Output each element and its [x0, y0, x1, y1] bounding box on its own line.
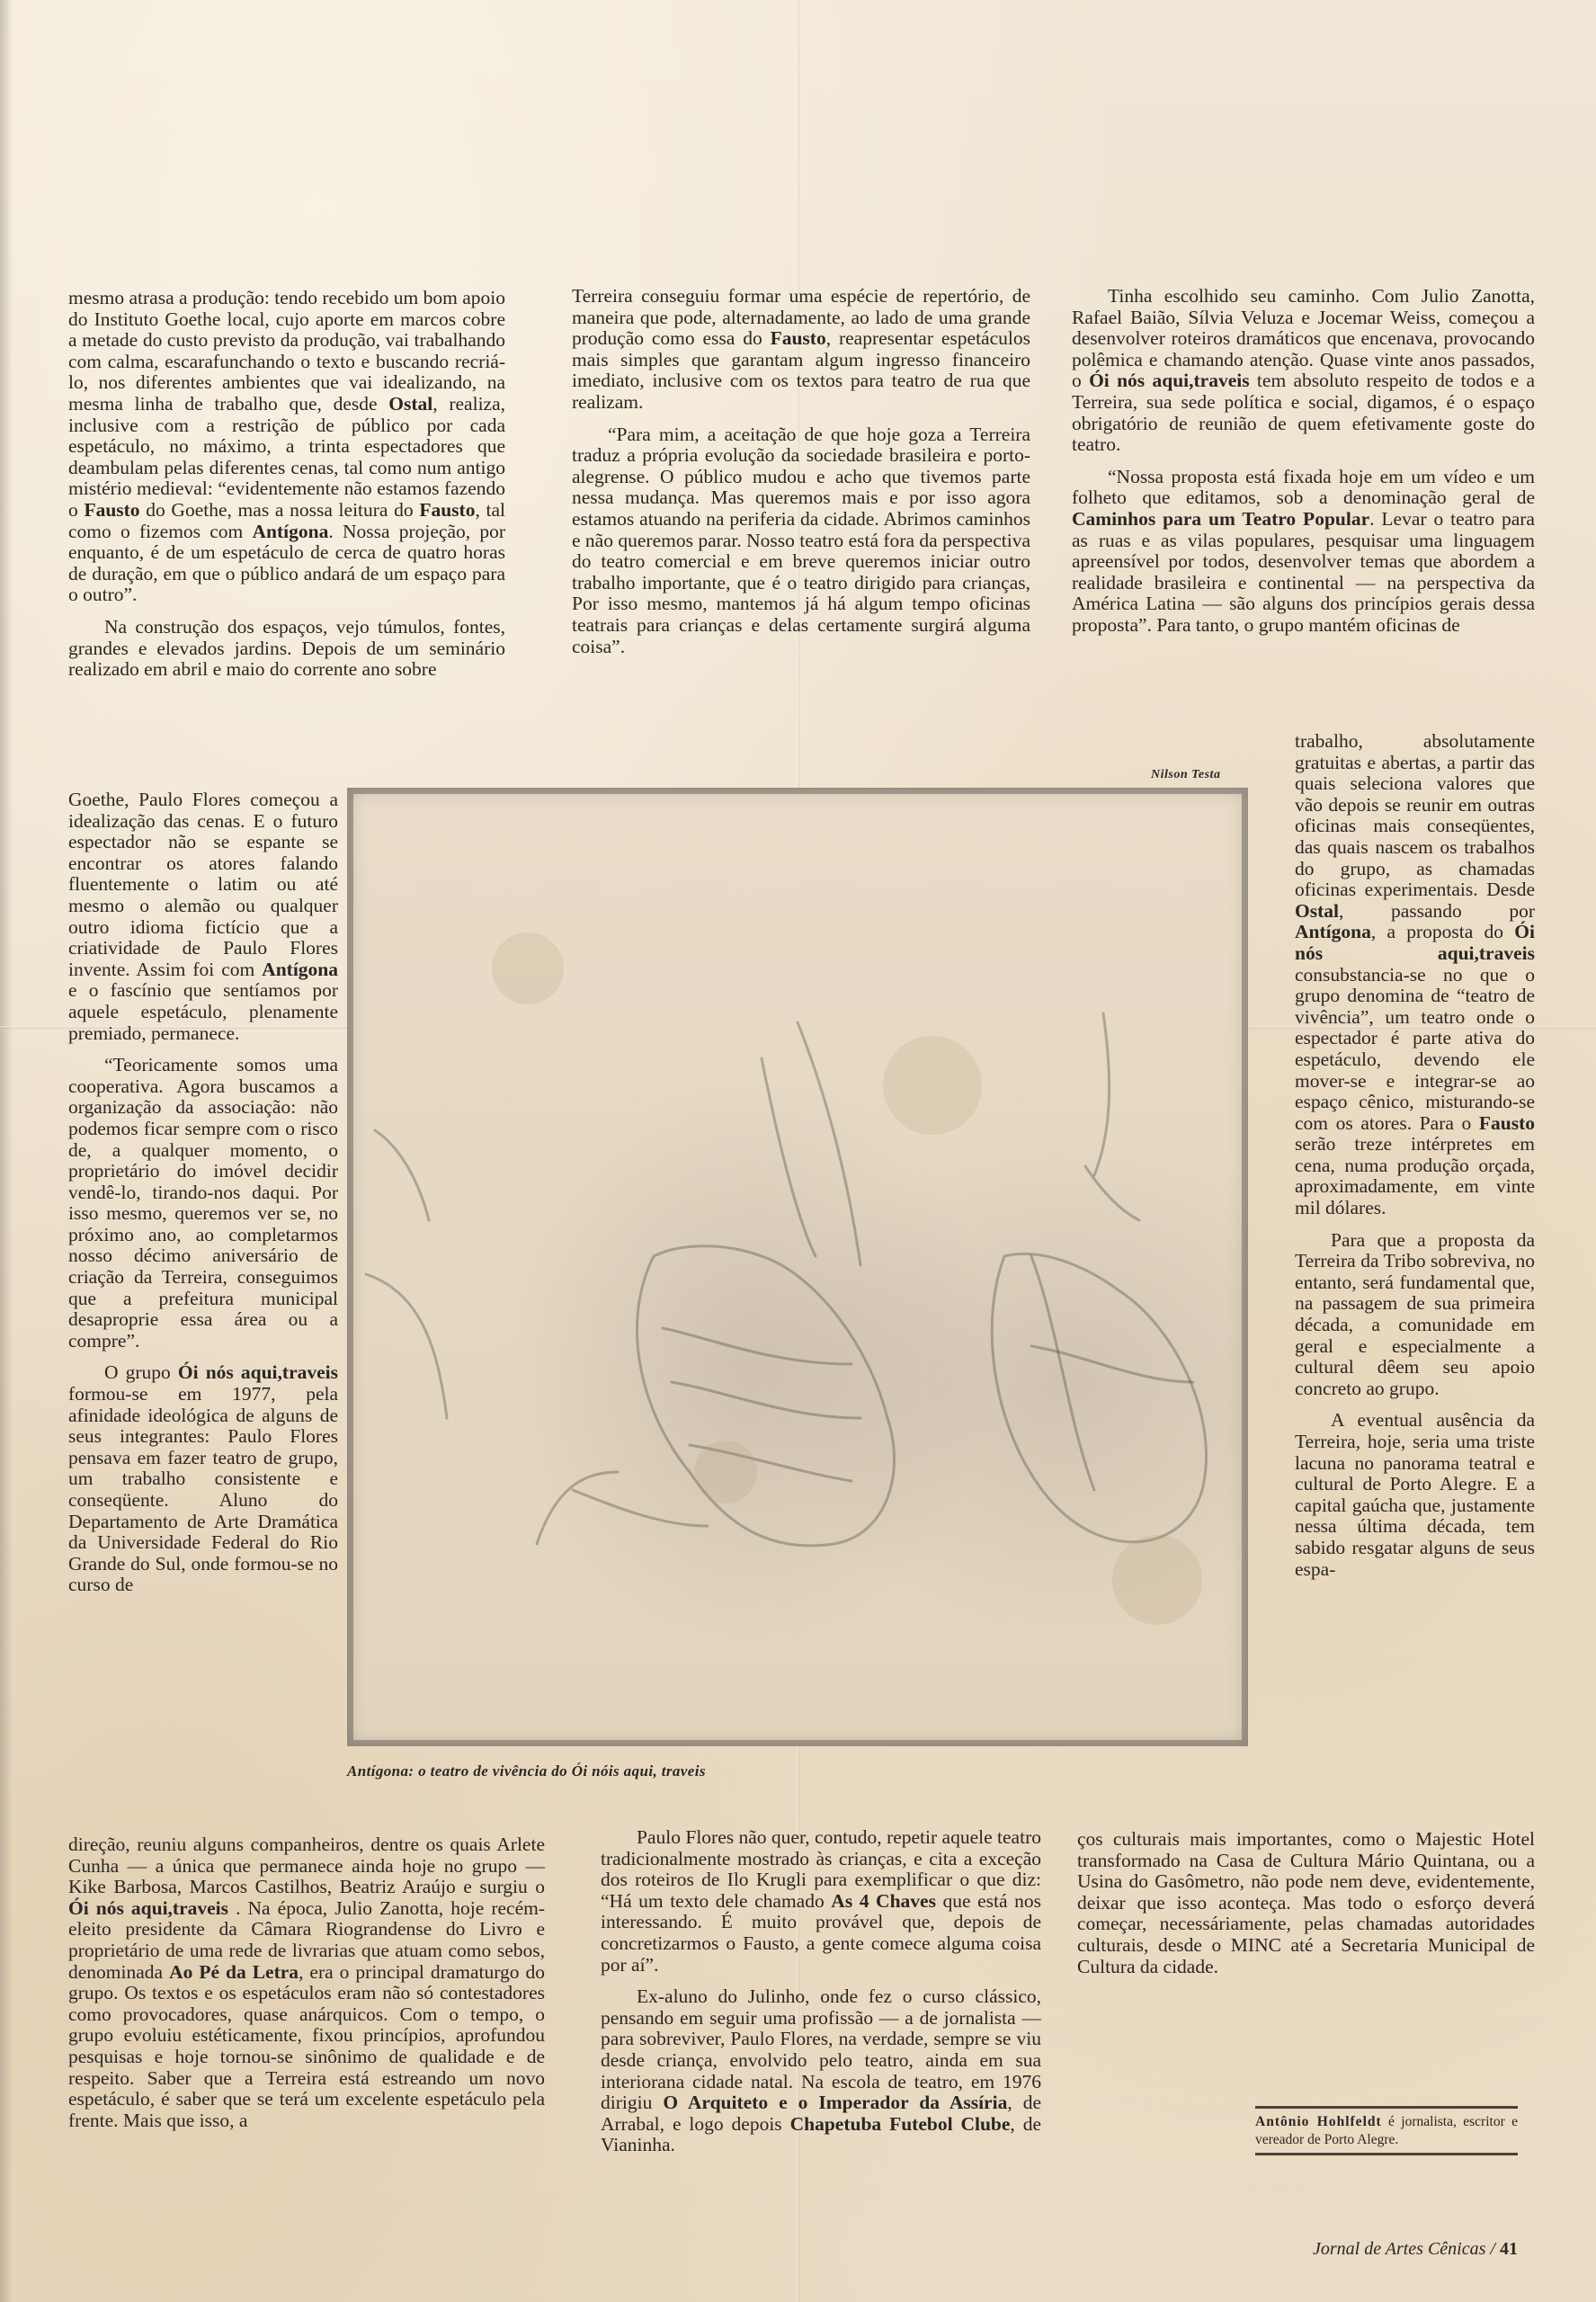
- article-column-1-bottom: direção, reuniu alguns companheiros, den…: [68, 1834, 545, 2142]
- paragraph: Na construção dos espaços, vejo túmulos,…: [68, 617, 505, 681]
- paragraph: direção, reuniu alguns companheiros, den…: [68, 1834, 545, 2131]
- divider: [1255, 2153, 1518, 2155]
- paragraph: “Para mim, a aceitação de que hoje goza …: [572, 424, 1030, 658]
- paragraph: Goethe, Paulo Flores começou a idealizaç…: [68, 790, 338, 1044]
- publication-name: Jornal de Artes Cênicas: [1313, 2239, 1485, 2259]
- paragraph: A eventual ausência da Terreira, hoje, s…: [1295, 1410, 1535, 1580]
- scan-edge-shadow: [0, 0, 13, 2302]
- article-column-2-bottom: Paulo Flores não quer, contudo, repetir …: [601, 1827, 1041, 2167]
- article-column-2-top: Terreira conseguiu formar uma espécie de…: [572, 286, 1030, 668]
- stage-photo: [347, 788, 1248, 1746]
- article-column-3-narrow: trabalho, absolutamente gratuitas e aber…: [1295, 731, 1535, 1591]
- article-column-1-top: mesmo atrasa a produção: tendo recebido …: [68, 288, 505, 691]
- paragraph: Terreira conseguiu formar uma espécie de…: [572, 286, 1030, 414]
- page-number: 41: [1500, 2239, 1518, 2259]
- paragraph: mesmo atrasa a produção: tendo recebido …: [68, 288, 505, 606]
- photo-caption: Antígona: o teatro de vivência do Ói nói…: [347, 1762, 706, 1780]
- article-column-3-bottom: ços culturais mais importantes, como o M…: [1077, 1829, 1535, 1988]
- page-footer: Jornal de Artes Cênicas / 41: [1313, 2239, 1518, 2260]
- paragraph: Para que a proposta da Terreira da Tribo…: [1295, 1230, 1535, 1400]
- paragraph: ços culturais mais importantes, como o M…: [1077, 1829, 1535, 1977]
- paragraph: O grupo Ói nós aqui,traveis formou-se em…: [68, 1362, 338, 1596]
- paragraph: “Teoricamente somos uma cooperativa. Ago…: [68, 1055, 338, 1352]
- paragraph: trabalho, absolutamente gratuitas e aber…: [1295, 731, 1535, 1219]
- paragraph: Paulo Flores não quer, contudo, repetir …: [601, 1827, 1041, 1976]
- paragraph: Ex-aluno do Julinho, onde fez o curso cl…: [601, 1986, 1041, 2156]
- paragraph: Tinha escolhido seu caminho. Com Julio Z…: [1072, 286, 1535, 456]
- article-column-3-top: Tinha escolhido seu caminho. Com Julio Z…: [1072, 286, 1535, 647]
- divider: [1255, 2106, 1518, 2109]
- author-note: Antônio Hohlfeldt é jornalista, escritor…: [1255, 2106, 1518, 2155]
- author-bio: Antônio Hohlfeldt é jornalista, escritor…: [1255, 2109, 1518, 2153]
- article-column-1-narrow: Goethe, Paulo Flores começou a idealizaç…: [68, 790, 338, 1607]
- photo-credit: Nilson Testa: [1151, 768, 1220, 782]
- kneeling-figures-icon: [348, 789, 1247, 1745]
- paragraph: “Nossa proposta está fixada hoje em um v…: [1072, 467, 1535, 637]
